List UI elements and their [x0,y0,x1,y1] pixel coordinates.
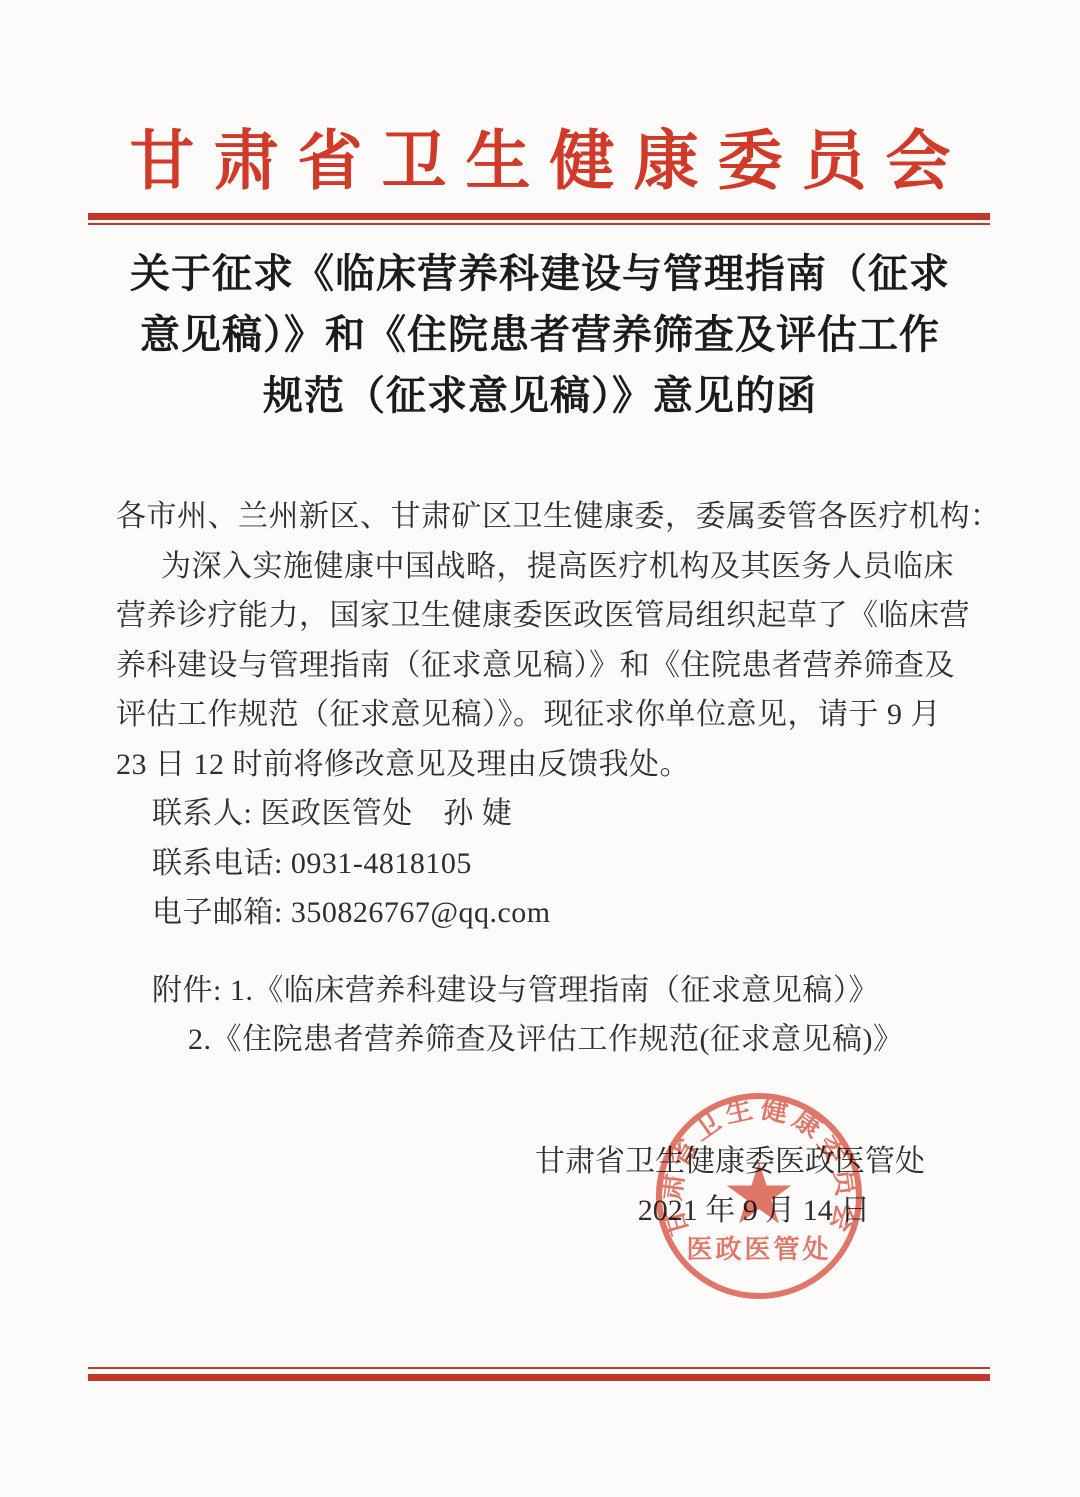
paragraph-line: 评估工作规范（征求意见稿）》。现征求你单位意见，请于 9 月 [116,690,952,740]
title-line: 关于征求《临床营养科建设与管理指南（征求 [0,243,1080,304]
letter-body: 各市州、兰州新区、甘肃矿区卫生健康委，委属委管各医疗机构： 为深入实施健康中国战… [116,492,952,1065]
salutation: 各市州、兰州新区、甘肃矿区卫生健康委，委属委管各医疗机构： [116,492,952,542]
paragraph-line: 营养诊疗能力，国家卫生健康委医政医管局组织起草了《临床营 [116,591,952,641]
contact-phone: 联系电话: 0931-4818105 [116,839,952,889]
signature-block: 甘肃省卫生健康委医政医管处 2021 年 9 月 14 日 [520,1137,940,1236]
letterhead-divider [88,213,990,225]
title-line: 规范（征求意见稿）》意见的函 [0,365,1080,426]
seal-bottom-text: 医政医管处 [686,1234,831,1264]
document-title: 关于征求《临床营养科建设与管理指南（征求 意见稿）》和《住院患者营养筛查及评估工… [0,243,1080,426]
attachment-item: 附件: 1.《临床营养科建设与管理指南（征求意见稿）》 [116,966,952,1016]
scanned-official-letter: 甘肃省卫生健康委员会 关于征求《临床营养科建设与管理指南（征求 意见稿）》和《住… [0,0,1080,1497]
contact-person: 联系人: 医政医管处 孙 婕 [116,789,952,839]
attachment-item: 2.《住院患者营养筛查及评估工作规范(征求意见稿)》 [116,1015,952,1065]
footer-divider-thin-line [88,1367,990,1369]
letterhead-divider-thick-line [88,213,990,220]
signature-org: 甘肃省卫生健康委医政医管处 [520,1137,940,1187]
contact-email: 电子邮箱: 350826767@qq.com [116,888,952,938]
letterhead-divider-thin-line [88,223,990,225]
paragraph-line: 养科建设与管理指南（征求意见稿）》和《住院患者营养筛查及 [116,641,952,691]
footer-divider [88,1367,990,1381]
attachments: 附件: 1.《临床营养科建设与管理指南（征求意见稿）》 2.《住院患者营养筛查及… [116,966,952,1065]
letterhead-org-name: 甘肃省卫生健康委员会 [0,0,1080,198]
footer-divider-thick-line [88,1374,990,1381]
paragraph-line: 23 日 12 时前将修改意见及理由反馈我处。 [116,740,952,790]
signature-date: 2021 年 9 月 14 日 [520,1186,940,1236]
title-line: 意见稿）》和《住院患者营养筛查及评估工作 [0,304,1080,365]
paragraph-line: 为深入实施健康中国战略，提高医疗机构及其医务人员临床 [116,542,952,592]
